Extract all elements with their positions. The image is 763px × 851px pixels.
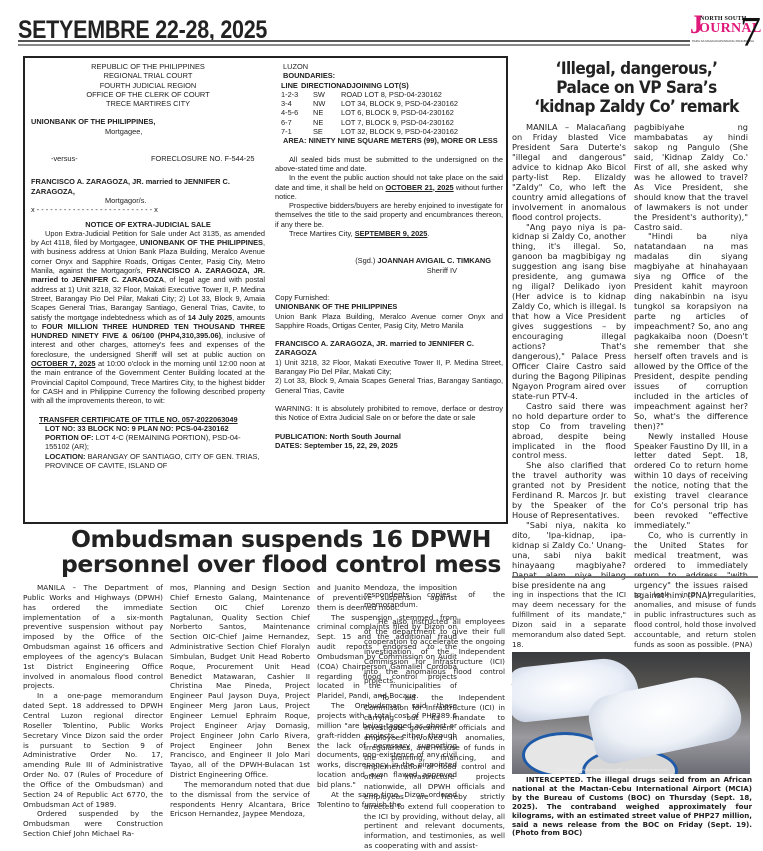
prospective-paragraph: Prospective bidders/buyers are hereby en…: [275, 201, 503, 229]
ombudsman-column-4: respondents copies of the memorandum. He…: [364, 583, 505, 851]
palace-headline: ‘Illegal, dangerous,’ Palace on VP Sara’…: [527, 60, 746, 117]
photo-caption: INTERCEPTED. The illegal drugs seized fr…: [512, 776, 752, 838]
cf-mortgagor-name: FRANCISCO A. ZARAGOZA, JR. married to JE…: [275, 339, 503, 358]
cf-unionbank-name: UNIONBANK OF THE PHILIPPINES: [275, 302, 503, 311]
sealed-bids-paragraph: All sealed bids must be submitted to the…: [275, 155, 503, 174]
photo-credits: customs.gov.ph BureauofCustomsPH @custom…: [557, 767, 668, 772]
article-paragraph: The memorandum noted that due to the dis…: [170, 780, 310, 819]
legal-notice-box: REPUBLIC OF THE PHILIPPINES REGIONAL TRI…: [23, 56, 508, 524]
lot-line: LOT NO: 33 BLOCK NO: 9 PLAN NO: PCS-04-2…: [39, 424, 265, 433]
article-paragraph: Ordered suspended by the Ombudsman were …: [23, 809, 163, 839]
article-paragraph: respondents copies of the memorandum.: [364, 590, 505, 610]
article-paragraph: "Hindi ba niya natatandaan na mas madala…: [634, 232, 748, 431]
seized-drugs-photo: customs.gov.ph BureauofCustomsPH @custom…: [512, 652, 750, 774]
article-paragraph: In a one-page memorandum dated Sept. 18 …: [23, 691, 163, 809]
article-paragraph: "Sabi niya, nakita ko dito, 'Ipa-kidnap,…: [512, 521, 626, 591]
publication-line: PUBLICATION: North South Journal: [275, 432, 503, 441]
event-paragraph: In the event the public auction should n…: [275, 173, 503, 201]
article-paragraph: mos, Planning and Design Section Chief E…: [170, 583, 310, 780]
ombudsman-column-1: MANILA – The Department of Public Works …: [23, 583, 163, 839]
location-continued: LUZON: [275, 62, 503, 71]
article-paragraph: Newly installed House Speaker Faustino D…: [634, 432, 748, 532]
article-paragraph: pagbibiyahe ng mambabatas ay hindi sakop…: [634, 123, 748, 232]
separator-line: x - - - - - - - - - - - - - - - - - - - …: [31, 205, 265, 214]
mortgagee-name: UNIONBANK OF THE PHILIPPINES,: [31, 117, 265, 126]
ombudsman-column-6: to look into irregularities, anomalies, …: [634, 583, 756, 657]
place-date: Trece Martires City, SEPTEMBER 9, 2025.: [275, 229, 503, 238]
court-line: FOURTH JUDICIAL REGION: [31, 81, 265, 90]
boundary-row: 4-5-6NELOT 6, BLOCK 9, PSD-04-230162: [275, 108, 503, 117]
court-line: TRECE MARTIRES CITY: [31, 99, 265, 108]
boundaries-header: LINEDIRECTIONADJOINING LOT(S): [275, 81, 503, 90]
ombudsman-headline: Ombudsman suspends 16 DPWH personnel ove…: [58, 527, 504, 577]
property-details: TRANSFER CERTIFICATE OF TITLE NO. 057-20…: [31, 415, 265, 471]
article-paragraph: He also instructed all employees of the …: [364, 617, 505, 686]
boundary-row: 7-1SELOT 32, BLOCK 9, PSD-04-230162: [275, 127, 503, 136]
masthead: SETYEMBRE 22-28, 2025: [18, 12, 758, 48]
versus-label: -versus-: [31, 154, 151, 163]
masthead-rule-secondary: [18, 44, 690, 46]
sheriff-title: Sheriff IV: [275, 266, 503, 275]
article-paragraph: MANILA – Malacañang on Friday blasted Vi…: [512, 123, 626, 223]
area-line: AREA: NINETY NINE SQUARE METERS (99), MO…: [275, 136, 503, 145]
notice-left-column: REPUBLIC OF THE PHILIPPINES REGIONAL TRI…: [31, 62, 265, 470]
notice-title: NOTICE OF EXTRA-JUDICIAL SALE: [31, 220, 265, 229]
court-line: REPUBLIC OF THE PHILIPPINES: [31, 62, 265, 71]
palace-column-2: pagbibiyahe ng mambabatas ay hindi sakop…: [634, 123, 748, 601]
article-paragraph: "Ang payo niya is pa-kidnap si Zaldy Co,…: [512, 223, 626, 402]
location-line: LOCATION: BARANGAY OF SANTIAGO, CITY OF …: [39, 452, 265, 471]
portion-line: PORTION OF: LOT 4-C (REMAINING PORTION),…: [39, 433, 265, 452]
foreclosure-number: FORECLOSURE NO. F-544-25: [151, 154, 255, 163]
court-header: REPUBLIC OF THE PHILIPPINES REGIONAL TRI…: [31, 62, 265, 108]
mortgagee-label: Mortgagee,: [31, 127, 265, 136]
warning-text: WARNING: It is absolutely prohibited to …: [275, 404, 503, 423]
signature-block: (Sgd.) JOANNAH AVIGAIL C. TIMKANG: [275, 256, 503, 265]
masthead-rule: [18, 40, 690, 42]
cf-unionbank-address: Union Bank Plaza Building, Meralco Avenu…: [275, 312, 503, 331]
court-line: REGIONAL TRIAL COURT: [31, 71, 265, 80]
publication-dates: DATES: September 15, 22, 29, 2025: [275, 441, 503, 450]
notice-body: Upon Extra-Judicial Petition for Sale un…: [31, 229, 265, 406]
article-paragraph: to look into irregularities, anomalies, …: [634, 590, 756, 649]
copy-furnished-label: Copy Furnished:: [275, 293, 503, 302]
tct-title: TRANSFER CERTIFICATE OF TITLE NO. 057-20…: [39, 415, 265, 424]
boundary-row: 3-4NWLOT 34, BLOCK 9, PSD-04-230162: [275, 99, 503, 108]
notice-right-column: LUZON BOUNDARIES: LINEDIRECTIONADJOINING…: [275, 62, 503, 450]
boundary-row: 1-2-3SWROAD LOT 8, PSD-04-230162: [275, 90, 503, 99]
article-paragraph: MANILA – The Department of Public Works …: [23, 583, 163, 691]
article-paragraph: "To aid the Independent Commission for I…: [364, 693, 505, 851]
mortgagor-name: FRANCISCO A. ZARAGOZA, JR. married to JE…: [31, 177, 265, 196]
boundaries-label: BOUNDARIES:: [275, 71, 503, 80]
article-paragraph: ing in inspections that the ICI may deem…: [512, 590, 626, 649]
cf-mortgagor-address-1: 1) Unit 3218, 32 Floor, Makati Executive…: [275, 358, 503, 377]
boundary-row: 6-7NELOT 7, BLOCK 9, PSD-04-230162: [275, 118, 503, 127]
cf-mortgagor-address-2: 2) Lot 33, Block 9, Amaia Scapes General…: [275, 376, 503, 395]
publication-logo: J NORTH SOUTH OURNAL PARA SA MAGKAKAPAND…: [690, 14, 760, 48]
mortgagor-label: Mortgagor/s.: [31, 196, 265, 205]
article-paragraph: Castro said there was no hold departure …: [512, 402, 626, 462]
ombudsman-column-2: mos, Planning and Design Section Chief E…: [170, 583, 310, 819]
article-divider: [512, 576, 758, 578]
court-line: OFFICE OF THE CLERK OF COURT: [31, 90, 265, 99]
page-number: 7: [740, 12, 761, 54]
palace-column-1: MANILA – Malacañang on Friday blasted Vi…: [512, 123, 626, 591]
article-paragraph: She also clarified that the travel autho…: [512, 461, 626, 521]
